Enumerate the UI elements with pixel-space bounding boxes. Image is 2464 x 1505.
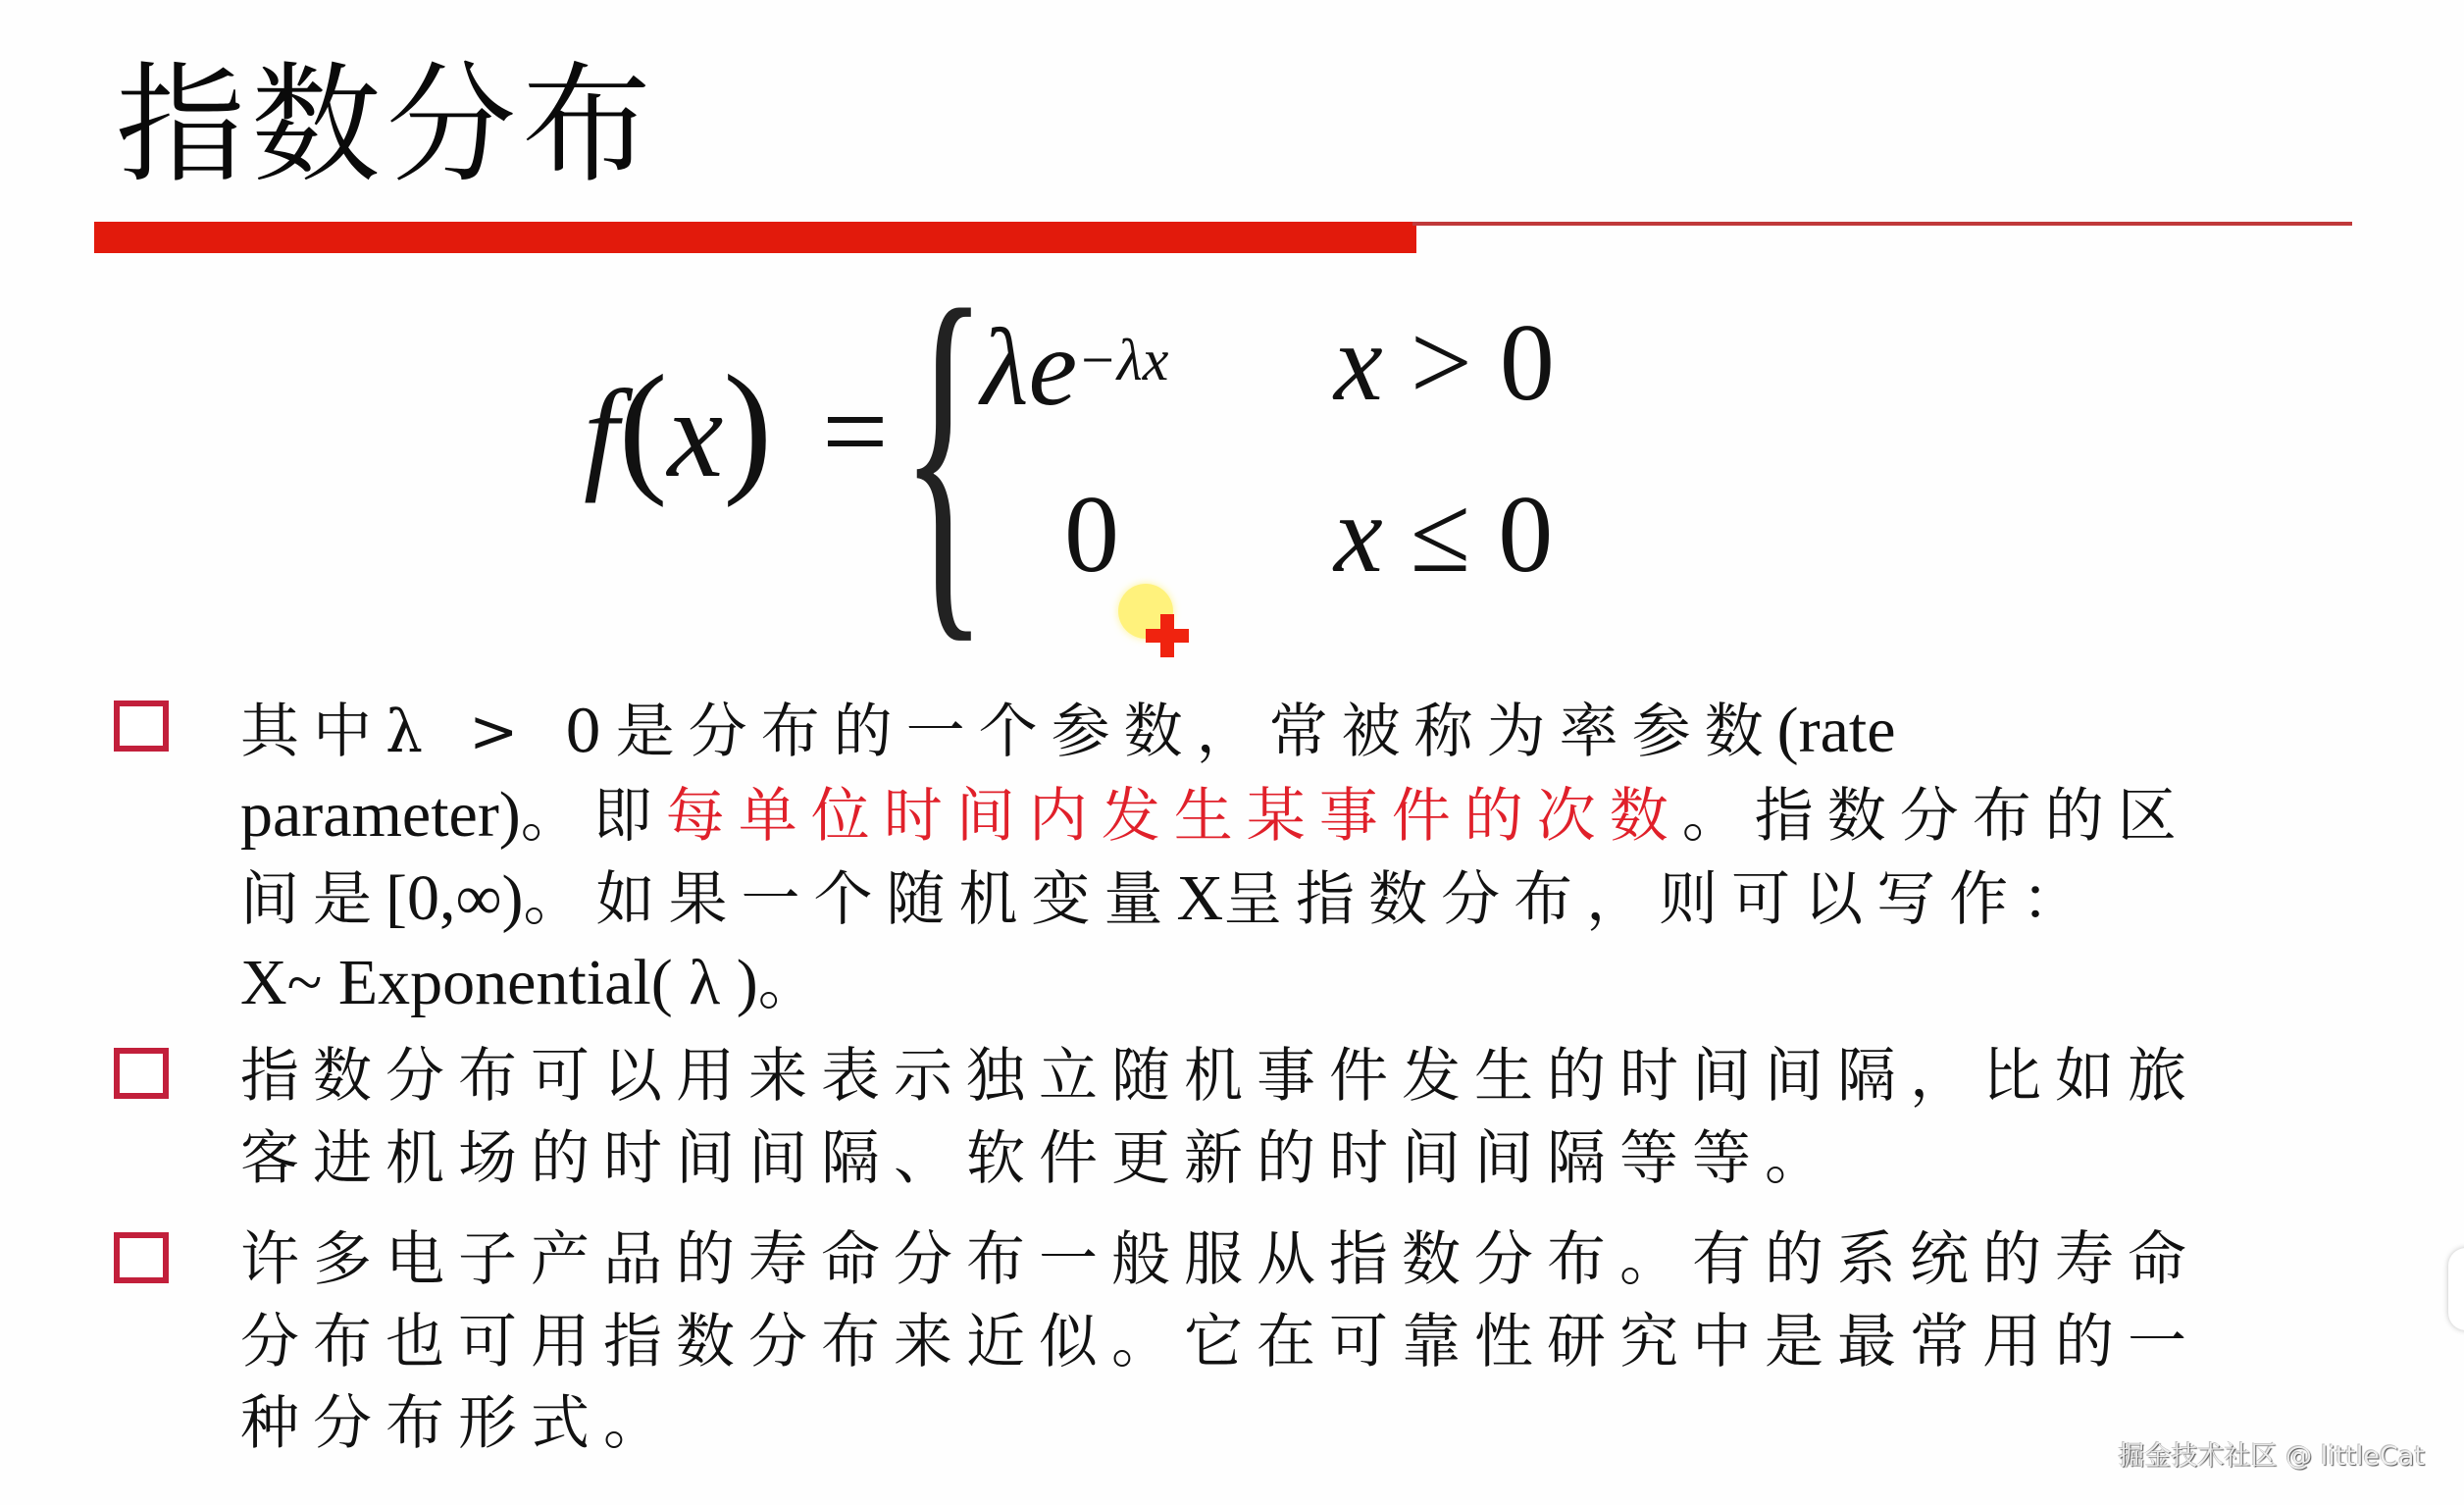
paragraph-line: 其中λ > 0是分布的一个参数，常被称为率参数(rate: [240, 690, 2310, 774]
text-segment: 。如果一个随机变量: [524, 865, 1177, 934]
text-segment: 分布也可用指数分布来近似。它在可靠性研究中是最常用的一: [240, 1308, 2200, 1376]
case2-cond-var: x: [1334, 474, 1383, 596]
highlighted-text: 每单位时间内发生某事件的次数: [666, 782, 1682, 851]
case1-cond-op: >: [1411, 302, 1472, 424]
text-segment: X: [1177, 862, 1224, 934]
text-segment: 指数分布可以用来表示独立随机事件发生的时间间隔，比如旅: [240, 1042, 2200, 1111]
watermark: 掘金技术社区 @ littleCat: [2119, 1434, 2425, 1473]
formula-f: f: [584, 364, 619, 503]
slide: 指数分布 f(x) = { λe−λx x > 0 0 x ≤ 0 其中λ > …: [0, 0, 2464, 1505]
bullet-square-icon: [114, 701, 169, 752]
formula-case1-value: λe−λx: [981, 304, 1168, 432]
formula-equals: =: [822, 363, 889, 500]
formula-x: x: [668, 364, 724, 503]
case2-cond-num: 0: [1498, 474, 1553, 596]
bullet-paragraph-2: 指数分布可以用来表示独立随机事件发生的时间间隔，比如旅客进机场的时间间隔、软件更…: [240, 1036, 2310, 1200]
paragraph-line: 客进机场的时间间隔、软件更新的时间间隔等等。: [240, 1118, 2310, 1201]
text-segment: 其中λ > 0是分布的一个参数，常被称为率参数: [240, 698, 1777, 766]
bullet-paragraph-3: 许多电子产品的寿命分布一般服从指数分布。有的系统的寿命分布也可用指数分布来近似。…: [240, 1220, 2310, 1466]
text-segment: (rate: [1777, 695, 1896, 766]
paragraph-line: parameter)。即每单位时间内发生某事件的次数。指数分布的区: [240, 774, 2310, 858]
text-segment: 种分布形式。: [240, 1389, 676, 1458]
formula-case2-condition: x ≤ 0: [1334, 471, 1553, 598]
bullet-square-icon: [114, 1232, 169, 1283]
cursor-plus-icon: [1146, 614, 1189, 657]
text-segment: 。: [758, 950, 831, 1018]
paragraph-line: 许多电子产品的寿命分布一般服从指数分布。有的系统的寿命: [240, 1220, 2310, 1302]
text-segment: 间是: [240, 865, 385, 934]
bullet-paragraph-1: 其中λ > 0是分布的一个参数，常被称为率参数(rateparameter)。即…: [240, 690, 2310, 1025]
formula-brace: {: [900, 265, 988, 638]
text-segment: 呈指数分布，则可以写作：: [1223, 865, 2094, 934]
text-segment: parameter): [240, 779, 521, 851]
text-segment: 。指数分布的区: [1682, 782, 2190, 851]
case1-cond-num: 0: [1500, 302, 1555, 424]
bullet-square-icon: [114, 1048, 169, 1099]
formula-case2-value: 0: [1064, 471, 1119, 598]
text-segment: 许多电子产品的寿命分布一般服从指数分布。有的系统的寿命: [240, 1225, 2200, 1294]
text-segment: X~ Exponential( λ ): [240, 947, 758, 1018]
text-segment: 客进机场的时间间隔、软件更新的时间间隔等等。: [240, 1124, 1837, 1193]
paragraph-line: 间是[0,∞)。如果一个随机变量X呈指数分布，则可以写作：: [240, 857, 2310, 942]
side-floating-tab[interactable]: [2448, 1248, 2464, 1330]
paragraph-line: 种分布形式。: [240, 1383, 2310, 1466]
formula-close-paren: ): [723, 345, 772, 508]
case1-base: λe: [981, 307, 1077, 429]
paragraph-line: 指数分布可以用来表示独立随机事件发生的时间间隔，比如旅: [240, 1036, 2310, 1118]
paragraph-line: 分布也可用指数分布来近似。它在可靠性研究中是最常用的一: [240, 1302, 2310, 1384]
formula-lhs: f(x): [584, 353, 772, 507]
formula-open-paren: (: [619, 345, 668, 508]
text-segment: 。即: [521, 782, 666, 851]
case1-exponent: −λx: [1077, 328, 1168, 392]
case1-cond-var: x: [1334, 302, 1383, 424]
paragraph-line: X~ Exponential( λ )。: [240, 942, 2310, 1026]
pdf-formula: f(x) = { λe−λx x > 0 0 x ≤ 0: [0, 0, 2464, 687]
formula-case1-condition: x > 0: [1334, 299, 1555, 427]
case2-cond-op: ≤: [1411, 474, 1470, 596]
text-segment: [0,∞): [385, 862, 524, 934]
